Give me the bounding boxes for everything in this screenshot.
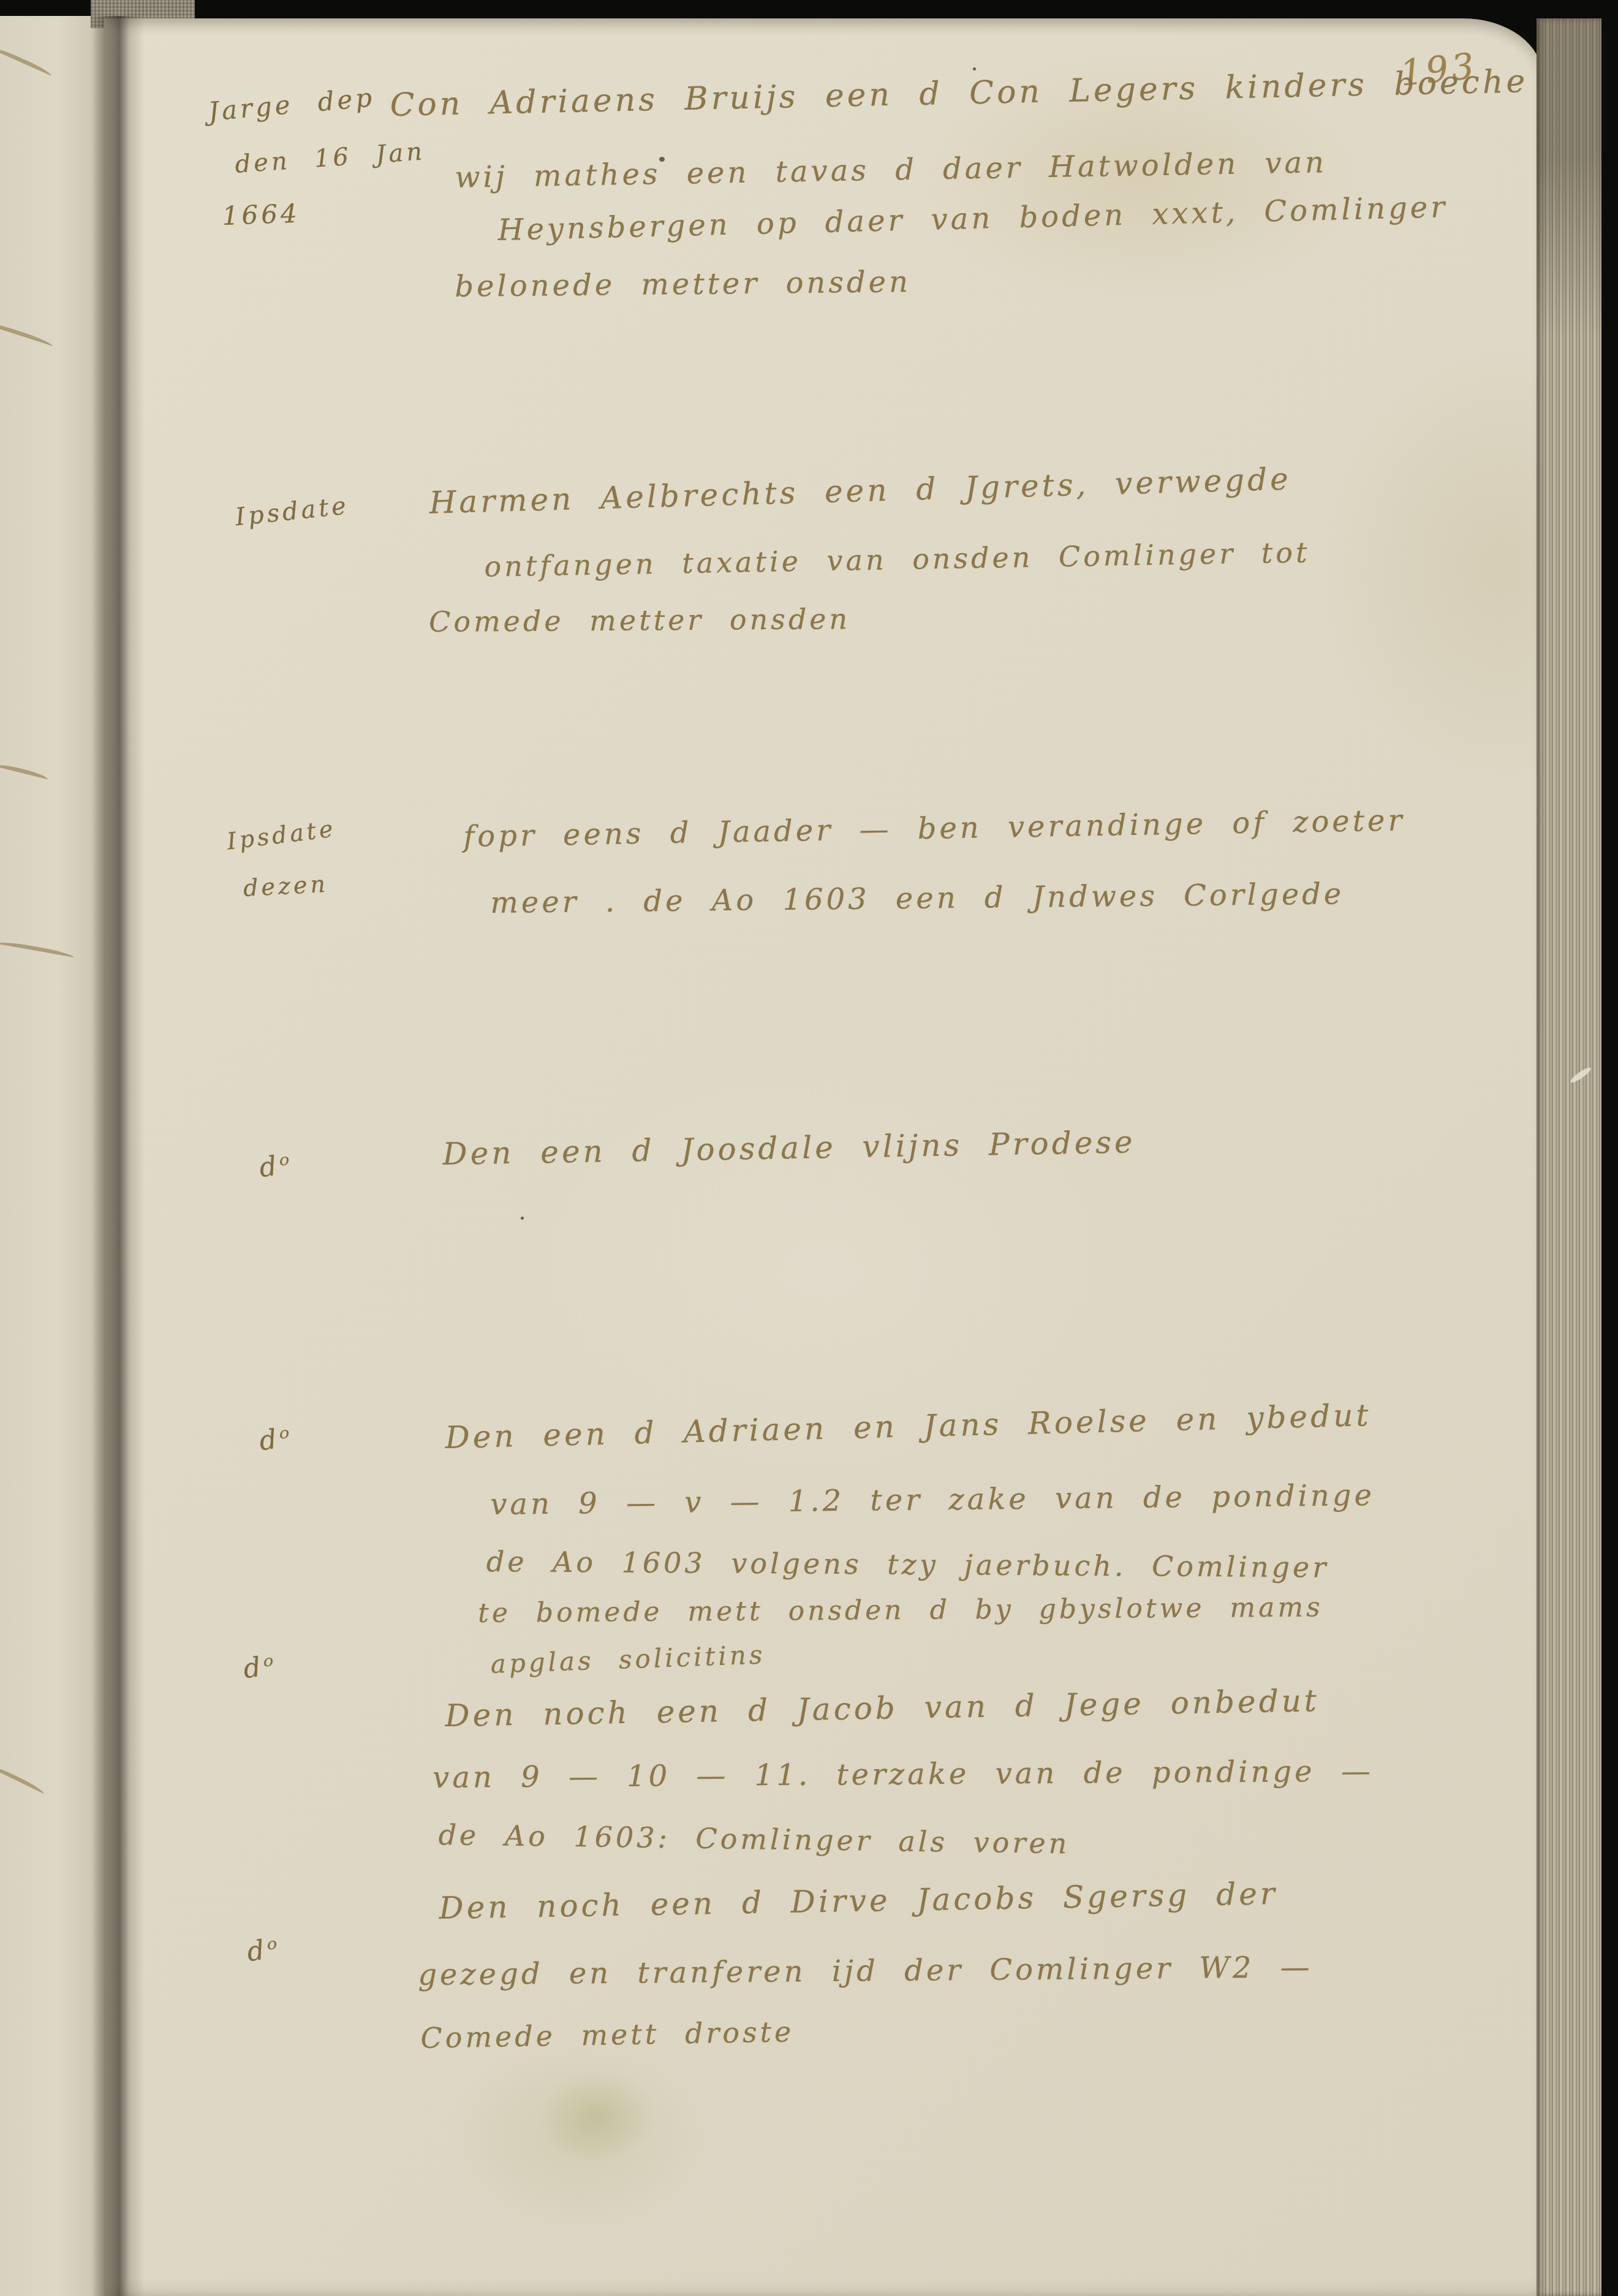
entry-5-line-4: te bomede mett onsden d by gbyslotwe mam…	[478, 1592, 1323, 1629]
entry-1-line-4: belonede metter onsden	[455, 265, 911, 304]
entry-1-margin-year: 1664	[222, 198, 301, 231]
entry-5-line-3: de Ao 1603 volgens tzy jaerbuch. Comling…	[486, 1545, 1329, 1584]
entry-7-margin-note: dᵒ	[245, 1932, 283, 1968]
entry-5-margin-note: dᵒ	[257, 1421, 295, 1457]
fore-edge-page-stack	[1537, 18, 1601, 2296]
entry-7-line-3: Comede mett droste	[420, 2015, 795, 2055]
entry-3-margin-note-2: dezen	[243, 870, 329, 902]
entry-4-margin-note: dᵒ	[257, 1148, 295, 1184]
ink-speck	[521, 1217, 524, 1220]
entry-2-line-3: Comede metter onsden	[429, 602, 850, 638]
previous-page-edge	[0, 16, 105, 2296]
entry-6-margin-note: dᵒ	[241, 1649, 279, 1685]
manuscript-photo: 193 Jarge dep den 16 Jan 1664 Con Adriae…	[0, 0, 1618, 2296]
gutter-shadow	[92, 16, 145, 2296]
entry-6-line-2: van 9 — 10 — 11. terzake van de pondinge…	[433, 1754, 1374, 1795]
ink-speck	[973, 67, 976, 70]
paper-stain	[539, 2071, 656, 2162]
